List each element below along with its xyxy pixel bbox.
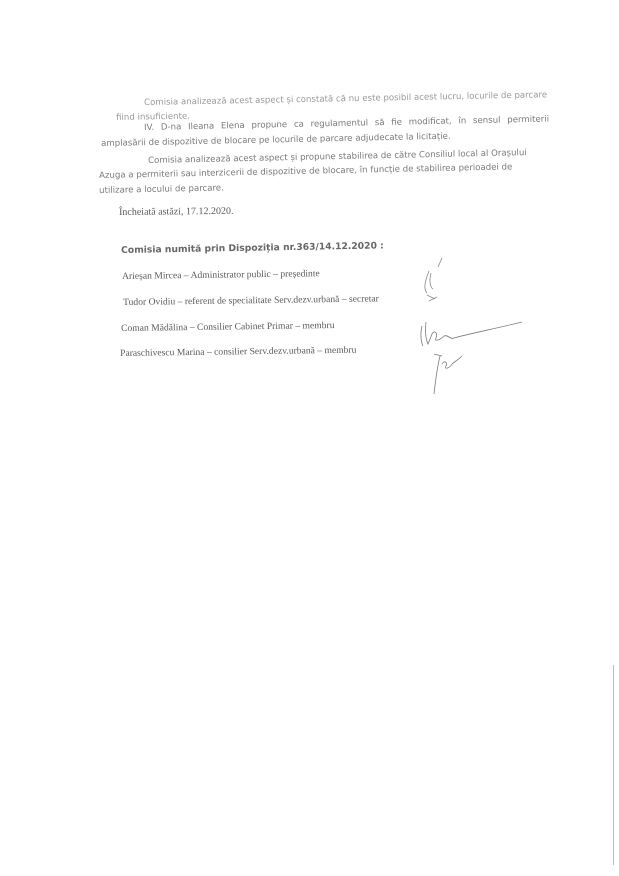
paragraph-line: amplasării de dispozitive de blocare pe … <box>101 132 451 149</box>
member-line: Coman Mădălina – Consilier Cabinet Prima… <box>121 320 335 334</box>
member-line: Arieșan Mircea – Administrator public – … <box>122 268 320 282</box>
signature-member-paraschivescu <box>428 350 468 396</box>
scan-edge-line <box>613 665 614 865</box>
paragraph-line: utilizare a locului de parcare. <box>99 183 224 196</box>
paragraph-line: Comisia analizează acest aspect și const… <box>144 90 547 108</box>
signature-member-coman <box>418 318 528 352</box>
member-line: Paraschivescu Marina – consilier Serv.de… <box>120 345 357 359</box>
commission-heading: Comisia numită prin Dispoziția nr.363/14… <box>121 240 384 256</box>
signature-president <box>415 255 455 305</box>
document-page: Comisia analizează acest aspect și const… <box>0 0 619 876</box>
closing-date: Încheiată astăzi, 17.12.2020. <box>119 206 234 218</box>
member-line: Tudor Ovidiu – referent de specialitate … <box>123 293 379 308</box>
paragraph-line: IV. D-na Ileana Elena propune ca regulam… <box>144 115 549 133</box>
